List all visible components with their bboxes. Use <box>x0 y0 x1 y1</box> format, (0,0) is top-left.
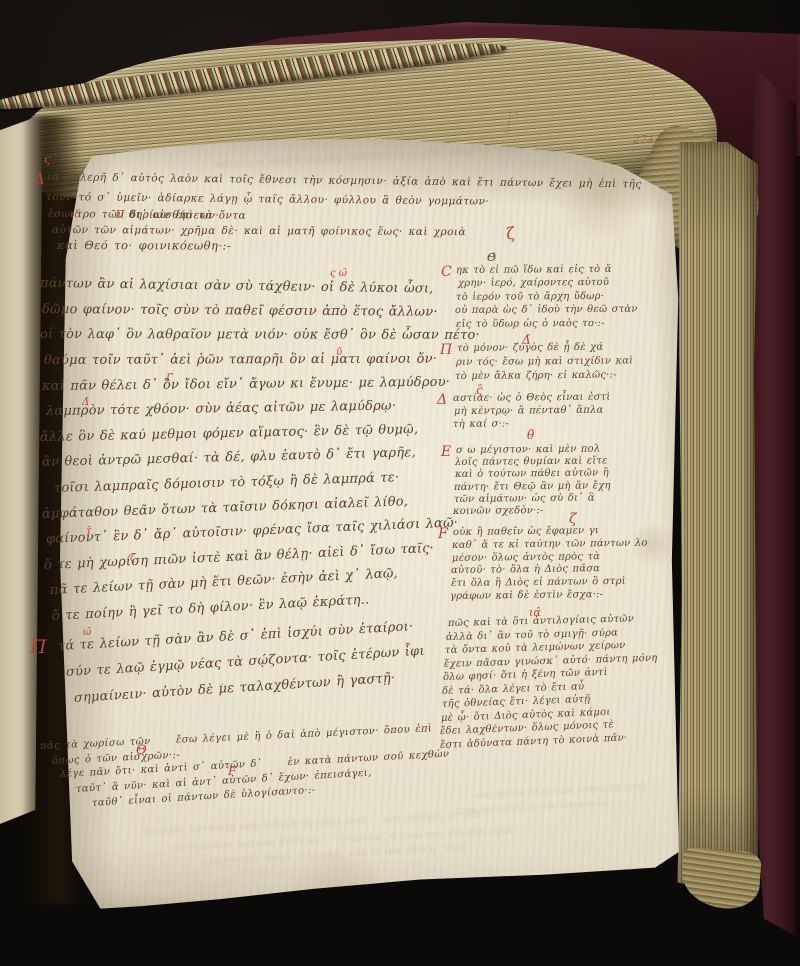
scholion-line: αὐτοῦ· τὸ· ὅλα ἡ Διὸς πᾶσα <box>451 564 600 576</box>
interlinear-mark: ζ̑ <box>130 553 135 564</box>
scholion-line: κοινῶν σχεδὸν·:- <box>453 506 544 517</box>
scholion-line: μὴ κέντρῳ· ἃ πένταθ᾽ ἅπλα <box>454 406 604 417</box>
scholion-line: καὶ ὁ τούτων πάθει αὐτῶν ἢ <box>455 468 609 480</box>
interlinear-mark: ω̑ <box>83 627 91 638</box>
scholion-line: γράφων καὶ δὲ ἐστὶν ἔσχα·:- <box>450 590 603 602</box>
rubric-initial-pi: Π <box>30 636 47 658</box>
page-edges-bottom-right-corner <box>680 847 762 910</box>
text-line: αὐτῶν τῶν αἱμάτων· χρῆμα δὲ· καὶ αἱ ματῆ… <box>52 225 466 238</box>
scholion-line: τὸ μόνον· ζυγὸς δὲ ᾗ δὲ χά <box>457 343 603 354</box>
rubric-initial: C <box>441 264 452 280</box>
interlinear-mark: τ̑ <box>86 526 92 537</box>
scholion-line: εἰς τὸ ὕδωρ ὡς ὁ ναὸς το·:- <box>456 319 605 330</box>
rubric-initial: F <box>438 526 448 542</box>
rubric-initial: Π <box>440 342 452 358</box>
page-edges-right <box>676 142 758 890</box>
scholion-line: χρην· ἱερό, χαίροντες αὐτοῦ <box>458 278 609 289</box>
interlinear-mark: ῦ <box>336 347 342 358</box>
text-line: καὶ Θεό το· φοινικόεωθη·:- <box>57 240 231 252</box>
scholion-line: ηκ τὸ εἰ πῶ ἴδω καὶ εἰς τὸ ἄ <box>456 265 612 276</box>
scholion-line: τὸ ἱερόν τοῦ τὸ ἄρχη ὕδωρ· <box>456 292 604 303</box>
interlinear-mark: Γ̑ <box>166 373 173 384</box>
scholion-siglum: θ̑ <box>527 428 534 442</box>
scholion-line: τῶν αἱμάτων· ὡς σὺ δι᾽ ἃ <box>454 494 595 505</box>
text-line: δῶμο φαίνον· τοῖς σὺν τὸ παθεῖ φέσσιν ἀπ… <box>42 303 438 319</box>
interlinear-mark: ί <box>219 684 223 695</box>
theta-mark: Θ̄ <box>487 251 496 264</box>
text-line: θαύμα τοῖν ταῦτ᾽ ἀεὶ ῥῶν ταπαρῆι ὃν αἱ μ… <box>44 353 437 367</box>
scholion-line: τὴ καί σ·:- <box>453 420 509 430</box>
scholion-line: τὸ μὲν ἄλκα ζήρη· εἰ καλῶς·:- <box>455 371 617 382</box>
text-line: ἔσω τρο τῶν δι᾽ αἰσθήσεων·ιδΠθηρίων ἐπὶ … <box>48 209 246 221</box>
interlinear-mark: ς ω̑ <box>330 268 347 279</box>
scholion-line: σ ω μέγιστον· καὶ μὲν πολ <box>456 444 600 456</box>
scholion-line: ἔτι ὅλα ἢ Διὸς εἰ πάντων ὃ στρὶ <box>451 577 626 589</box>
manuscript-photo: τοὺν τό σ᾽ ὑμεῖν· ἀδίαρκε λάγῃ ᾧ ταῖς ἄλ… <box>0 0 800 966</box>
scholion-line: λοῖς πάντες θυμίαν καὶ εἴτε <box>455 456 608 468</box>
rubric-initial: Δ <box>34 170 46 188</box>
rubric-initial-theta: Θ <box>136 743 147 758</box>
text-line: Διὰ μαλερῆ δ᾽ αὐτὸς λαὸν καὶ τοῖς ἔθνεσι… <box>34 172 47 187</box>
scholion-line: οὐκ ἢ παθεῖν ὡς ἔφαμεν γι <box>453 526 599 538</box>
text-line: οἱ τὸν λαφ᾽ ὃν λαθραῖον μετὰ νιόν· οὐκ ἔ… <box>40 328 480 342</box>
rubric-initial: Δ <box>437 392 447 408</box>
rubric-initial-digamma: F <box>228 764 236 778</box>
scholion-line: πάντη· ἔτι Θεῷ ἂν μὴ ἂν ἔχη <box>454 481 611 493</box>
scholion-line: μέσον· ὅλως ἀντὸς πρὸς τὰ <box>452 552 600 564</box>
scholion-line: οὐ παρὰ ὡς δ᾽ ἰδοὺ τὴν θεῶ στὰν <box>455 305 638 316</box>
quire-signature-mark: ς´ <box>44 152 57 166</box>
rubric-initial: Ε <box>441 444 451 460</box>
folio-number: 274 <box>633 133 654 147</box>
scholion-line: ριν τός· ἔσω μὴ καὶ στιχίδιν καὶ <box>456 356 633 368</box>
text-run: ἔσω τρο τῶν δι᾽ αἰσθήσεων· <box>48 209 219 221</box>
scholion-line: αστίαε· ὡς ὁ Θεὸς εἶναι ἐστὶ <box>453 393 611 404</box>
interlinear-mark: Δ̑ <box>82 397 89 408</box>
